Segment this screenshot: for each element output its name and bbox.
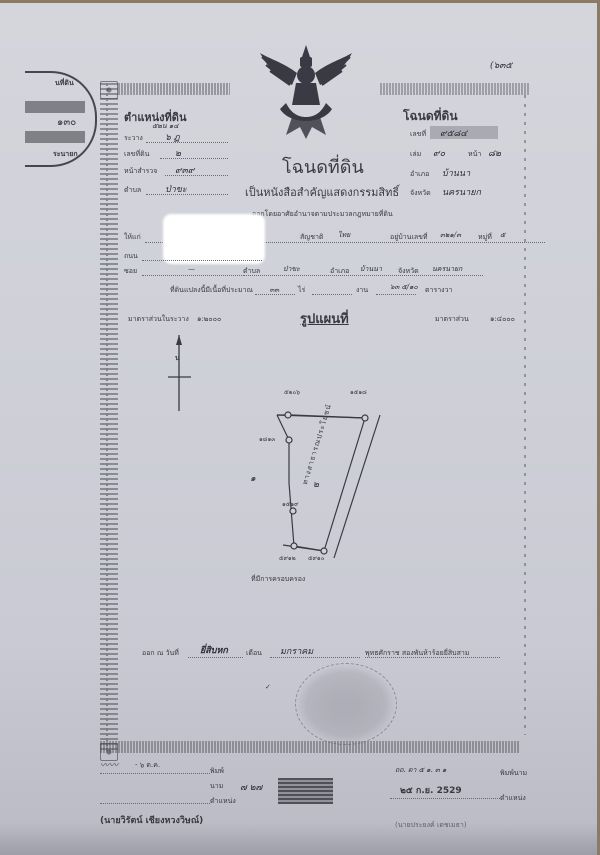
label-page: หน้า xyxy=(468,149,481,160)
value-province: นครนายก xyxy=(442,185,481,199)
marker-label: ๑๘๑๓ xyxy=(259,434,275,444)
top-microtext-border xyxy=(118,83,230,95)
border-corner-ornament xyxy=(100,81,118,99)
issued-day: ยี่สิบหก xyxy=(200,643,228,657)
north-arrow-icon xyxy=(165,333,195,413)
value-nationality: ไทย xyxy=(338,230,350,241)
value-deed-no: ๙๕๘๔ xyxy=(440,126,467,140)
label-road: ถนน xyxy=(124,251,138,262)
label-province: จังหวัด xyxy=(410,188,431,199)
office-seal-stamp: นที่ดิน ๑๓๐ ระนายก xyxy=(25,71,97,167)
label-tambon: ตำบล xyxy=(124,185,141,196)
label-survey-page: หน้าสำรวจ xyxy=(124,166,157,177)
signature-left-number: ๗ ๒๗ xyxy=(240,780,262,794)
sig-label-name: นาม xyxy=(210,781,223,792)
adjacent-parcel: ๑ xyxy=(250,471,256,485)
document-subtitle: เป็นหนังสือสำคัญแสดงกรรมสิทธิ์ xyxy=(245,183,399,201)
value-survey-page: ๙๓๙ xyxy=(175,163,194,177)
marker-label: ๕๙๑๒ xyxy=(279,553,296,563)
value-moo: ๕ xyxy=(500,230,505,241)
marker-label: ๑๕๑๙ xyxy=(282,499,299,509)
label-volume: เล่ม xyxy=(410,149,421,160)
label-rawang: ระวาง xyxy=(124,133,143,144)
official-seal-stamp xyxy=(295,663,397,745)
value-soi: — xyxy=(188,265,195,273)
label-land-no: เลขที่ดิน xyxy=(124,149,149,160)
label-ngan: งาน xyxy=(356,285,368,296)
document-title: โฉนดที่ดิน xyxy=(282,152,364,181)
marker-label: ๑๕๑๘ xyxy=(350,387,367,397)
value-page: ๘๒ xyxy=(488,146,501,160)
page-marker: (๖๓๕ xyxy=(490,58,512,72)
deed-heading: โฉนดที่ดิน xyxy=(403,107,458,126)
label-month: เดือน xyxy=(246,648,262,659)
signature-left-scribble: 〰〰 xyxy=(100,758,118,771)
signature-left-date: - ๖ ต.ค. xyxy=(135,760,160,771)
top-microtext-border xyxy=(380,83,530,95)
redacted-owner-name xyxy=(163,214,265,264)
stamp-right-date: ๒๕ ก.ย. 2529 xyxy=(400,783,462,797)
label-address: อยู่บ้านเลขที่ xyxy=(390,232,428,243)
label-to: ให้แก่ xyxy=(124,232,141,243)
stamp-label-print: พิมพ์นาม xyxy=(500,768,527,779)
stamp-right-top: ถถ. ตา ๕ ๑. ๓ ๑ xyxy=(395,765,447,776)
label-amphoe: อำเภอ xyxy=(410,169,429,180)
scale-right-label: มาตราส่วน xyxy=(435,314,469,325)
scale-left-label: มาตราส่วนในระวาง xyxy=(128,314,189,325)
stamp-label-position: ตำแหน่ง xyxy=(500,793,526,804)
seal-number: ๑๓๐ xyxy=(57,115,76,130)
marker-label: ๕๙๑๐ xyxy=(308,553,324,563)
value-amphoe-owner: บ้านนา xyxy=(360,264,382,275)
seal-top-text: นที่ดิน xyxy=(55,78,74,89)
parcel-number: ๒ xyxy=(313,477,319,491)
scale-right-value: ๑:๔๐๐๐ xyxy=(490,314,515,325)
seal-bottom-text: ระนายก xyxy=(53,149,78,160)
bottom-microtext-border xyxy=(100,741,520,753)
label-rai: ไร่ xyxy=(298,285,305,296)
value-rawang: ๖ ฏ xyxy=(165,130,180,144)
value-tambon-owner: ป่าขะ xyxy=(283,264,300,275)
surveyor-note: ที่มีการครอบครอง xyxy=(251,574,305,585)
area-lead-text: ที่ดินแปลงนี้มีเนื้อที่ประมาณ xyxy=(170,285,253,296)
scale-left-value: ๑:๒๐๐๐ xyxy=(197,314,221,325)
value-volume: ๙๐ xyxy=(433,146,445,160)
left-guilloche-border xyxy=(100,83,118,753)
sig-label-position: ตำแหน่ง xyxy=(210,796,236,807)
official-label: ✓ xyxy=(265,683,271,691)
page-shadow xyxy=(0,823,597,855)
value-land-no: ๒ xyxy=(175,146,181,160)
north-label: น xyxy=(175,353,180,364)
value-amphoe: บ้านนา xyxy=(442,166,470,180)
label-moo: หมู่ที่ xyxy=(478,232,492,243)
garuda-emblem-icon xyxy=(256,43,356,143)
value-tambon: ป่าขะ xyxy=(165,182,187,196)
label-soi: ซอย xyxy=(124,266,137,277)
issued-prefix: ออก ณ วันที่ xyxy=(142,648,179,659)
issued-month: มกราคม xyxy=(280,644,313,658)
label-nationality: สัญชาติ xyxy=(300,232,323,243)
printed-stamp-block xyxy=(278,778,333,804)
marker-label: ๕๒๐๖ xyxy=(284,387,300,397)
value-wa: ๖๓ ๕/๑๐ xyxy=(390,282,418,293)
label-deed-no: เลขที่ xyxy=(410,129,426,140)
land-deed-document: (๖๓๕ นที่ดิน ๑๓๐ ระนายก ตำแหน่งที่ดิน ๕๒… xyxy=(0,3,597,855)
sig-label-print: พิมพ์ xyxy=(210,766,224,777)
right-dotted-border xyxy=(524,95,526,735)
map-heading: รูปแผนที่ xyxy=(300,308,349,329)
label-wa: ตารางวา xyxy=(425,285,452,296)
value-house-no: ๓๒๑/๓ xyxy=(440,230,461,241)
value-province-owner: นครนายก xyxy=(432,264,462,275)
issued-under-text: ออกโดยอาศัยอำนาจตามประมวลกฎหมายที่ดิน xyxy=(252,209,393,220)
